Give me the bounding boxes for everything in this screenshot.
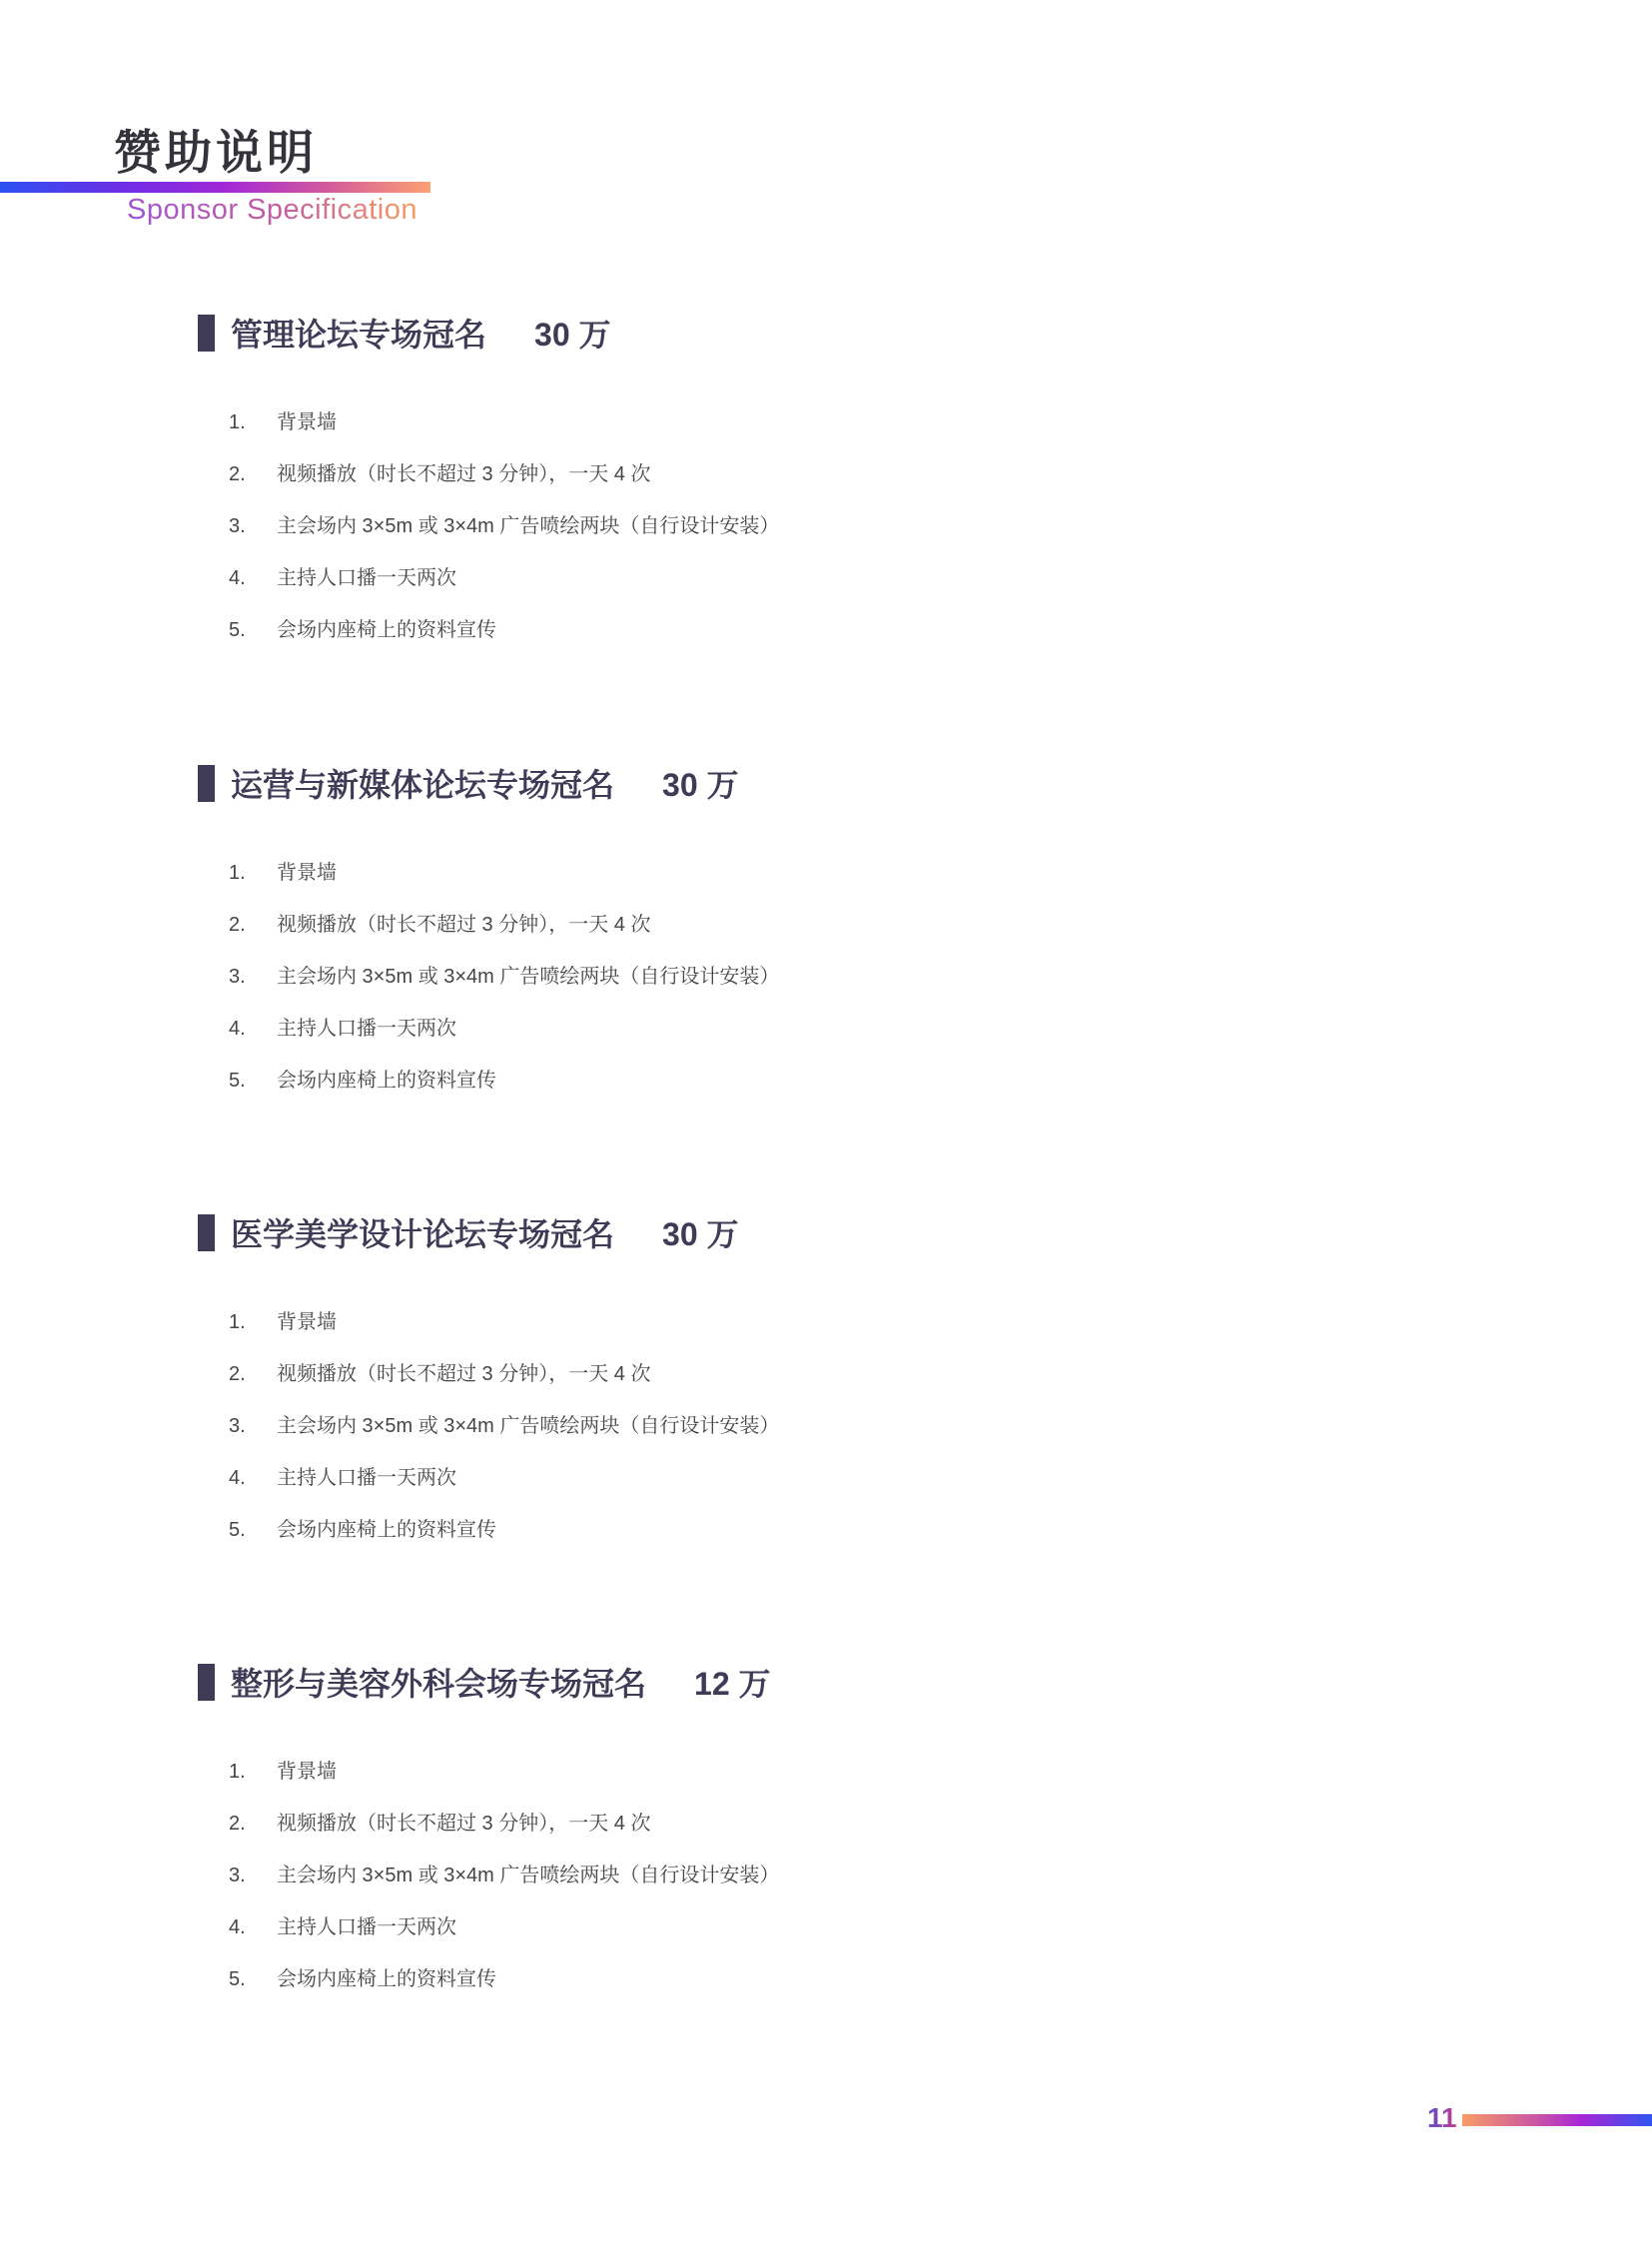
item-number: 2. [229, 1812, 277, 1836]
item-text: 视频播放（时长不超过 3 分钟），一天 4 次 [277, 913, 650, 937]
item-text: 视频播放（时长不超过 3 分钟），一天 4 次 [277, 1812, 650, 1836]
list-item: 3.主会场内 3×5m 或 3×4m 广告喷绘两块（自行设计安装） [229, 1414, 779, 1466]
item-text: 主持人口播一天两次 [277, 1915, 456, 1939]
item-number: 5. [229, 1967, 277, 1991]
feature-list: 1.背景墙 2.视频播放（时长不超过 3 分钟），一天 4 次 3.主会场内 3… [229, 410, 779, 670]
item-text: 会场内座椅上的资料宣传 [277, 1069, 496, 1093]
list-item: 1.背景墙 [229, 410, 779, 462]
header-gradient-bar [0, 182, 430, 193]
list-item: 2.视频播放（时长不超过 3 分钟），一天 4 次 [229, 1812, 779, 1864]
list-item: 5.会场内座椅上的资料宣传 [229, 1069, 779, 1121]
feature-list: 1.背景墙 2.视频播放（时长不超过 3 分钟），一天 4 次 3.主会场内 3… [229, 861, 779, 1121]
item-number: 2. [229, 1362, 277, 1386]
item-number: 3. [229, 965, 277, 989]
item-text: 背景墙 [277, 861, 337, 885]
page-number: 11 [1427, 2102, 1457, 2134]
list-item: 1.背景墙 [229, 1760, 779, 1812]
section-title: 整形与美容外科会场专场冠名 [231, 1659, 646, 1705]
item-number: 3. [229, 1414, 277, 1438]
item-number: 1. [229, 861, 277, 885]
section-heading: 运营与新媒体论坛专场冠名 30 万 [198, 760, 779, 806]
section-heading: 医学美学设计论坛专场冠名 30 万 [198, 1209, 779, 1255]
item-number: 4. [229, 1915, 277, 1939]
item-text: 背景墙 [277, 410, 337, 434]
list-item: 4.主持人口播一天两次 [229, 1915, 779, 1967]
section-price: 30 万 [662, 1209, 739, 1255]
item-text: 视频播放（时长不超过 3 分钟），一天 4 次 [277, 1362, 650, 1386]
footer-gradient-bar [1462, 2114, 1652, 2126]
list-item: 3.主会场内 3×5m 或 3×4m 广告喷绘两块（自行设计安装） [229, 514, 779, 566]
item-text: 主会场内 3×5m 或 3×4m 广告喷绘两块（自行设计安装） [277, 1414, 779, 1438]
sponsor-section-4: 整形与美容外科会场专场冠名 12 万 1.背景墙 2.视频播放（时长不超过 3 … [198, 1659, 779, 2019]
sponsor-section-1: 管理论坛专场冠名 30 万 1.背景墙 2.视频播放（时长不超过 3 分钟），一… [198, 310, 779, 670]
list-item: 5.会场内座椅上的资料宣传 [229, 1967, 779, 2019]
item-text: 背景墙 [277, 1310, 337, 1334]
sponsor-section-2: 运营与新媒体论坛专场冠名 30 万 1.背景墙 2.视频播放（时长不超过 3 分… [198, 760, 779, 1121]
item-text: 主持人口播一天两次 [277, 1017, 456, 1041]
section-title: 管理论坛专场冠名 [231, 310, 486, 356]
item-text: 主会场内 3×5m 或 3×4m 广告喷绘两块（自行设计安装） [277, 1864, 779, 1887]
item-text: 主持人口播一天两次 [277, 1466, 456, 1490]
title-marker-bar [198, 765, 215, 802]
item-text: 主持人口播一天两次 [277, 566, 456, 590]
section-heading: 整形与美容外科会场专场冠名 12 万 [198, 1659, 779, 1705]
item-number: 2. [229, 462, 277, 486]
item-number: 3. [229, 514, 277, 538]
item-number: 5. [229, 1518, 277, 1542]
section-title: 医学美学设计论坛专场冠名 [231, 1209, 614, 1255]
item-text: 会场内座椅上的资料宣传 [277, 618, 496, 642]
item-text: 主会场内 3×5m 或 3×4m 广告喷绘两块（自行设计安装） [277, 514, 779, 538]
list-item: 5.会场内座椅上的资料宣传 [229, 1518, 779, 1570]
list-item: 4.主持人口播一天两次 [229, 1466, 779, 1518]
list-item: 4.主持人口播一天两次 [229, 1017, 779, 1069]
list-item: 3.主会场内 3×5m 或 3×4m 广告喷绘两块（自行设计安装） [229, 1864, 779, 1915]
list-item: 2.视频播放（时长不超过 3 分钟），一天 4 次 [229, 913, 779, 965]
section-title: 运营与新媒体论坛专场冠名 [231, 760, 614, 806]
item-number: 4. [229, 1466, 277, 1490]
section-price: 30 万 [662, 760, 739, 806]
list-item: 1.背景墙 [229, 1310, 779, 1362]
feature-list: 1.背景墙 2.视频播放（时长不超过 3 分钟），一天 4 次 3.主会场内 3… [229, 1310, 779, 1570]
item-number: 4. [229, 1017, 277, 1041]
item-number: 4. [229, 566, 277, 590]
item-text: 视频播放（时长不超过 3 分钟），一天 4 次 [277, 462, 650, 486]
item-text: 背景墙 [277, 1760, 337, 1784]
sponsor-section-3: 医学美学设计论坛专场冠名 30 万 1.背景墙 2.视频播放（时长不超过 3 分… [198, 1209, 779, 1570]
list-item: 5.会场内座椅上的资料宣传 [229, 618, 779, 670]
item-text: 主会场内 3×5m 或 3×4m 广告喷绘两块（自行设计安装） [277, 965, 779, 989]
item-number: 1. [229, 1760, 277, 1784]
section-heading: 管理论坛专场冠名 30 万 [198, 310, 779, 356]
list-item: 3.主会场内 3×5m 或 3×4m 广告喷绘两块（自行设计安装） [229, 965, 779, 1017]
item-text: 会场内座椅上的资料宣传 [277, 1967, 496, 1991]
title-marker-bar [198, 1214, 215, 1251]
list-item: 1.背景墙 [229, 861, 779, 913]
item-number: 2. [229, 913, 277, 937]
item-number: 1. [229, 410, 277, 434]
item-number: 3. [229, 1864, 277, 1887]
page-title: 赞助说明 [114, 116, 318, 183]
section-price: 12 万 [694, 1659, 771, 1705]
section-price: 30 万 [534, 310, 611, 356]
list-item: 2.视频播放（时长不超过 3 分钟），一天 4 次 [229, 1362, 779, 1414]
feature-list: 1.背景墙 2.视频播放（时长不超过 3 分钟），一天 4 次 3.主会场内 3… [229, 1760, 779, 2019]
list-item: 2.视频播放（时长不超过 3 分钟），一天 4 次 [229, 462, 779, 514]
page-subtitle: Sponsor Specification [127, 194, 417, 227]
document-page: 赞助说明 Sponsor Specification 管理论坛专场冠名 30 万… [0, 0, 1652, 2242]
list-item: 4.主持人口播一天两次 [229, 566, 779, 618]
title-marker-bar [198, 1664, 215, 1701]
item-number: 5. [229, 1069, 277, 1093]
item-text: 会场内座椅上的资料宣传 [277, 1518, 496, 1542]
item-number: 1. [229, 1310, 277, 1334]
title-marker-bar [198, 315, 215, 352]
item-number: 5. [229, 618, 277, 642]
